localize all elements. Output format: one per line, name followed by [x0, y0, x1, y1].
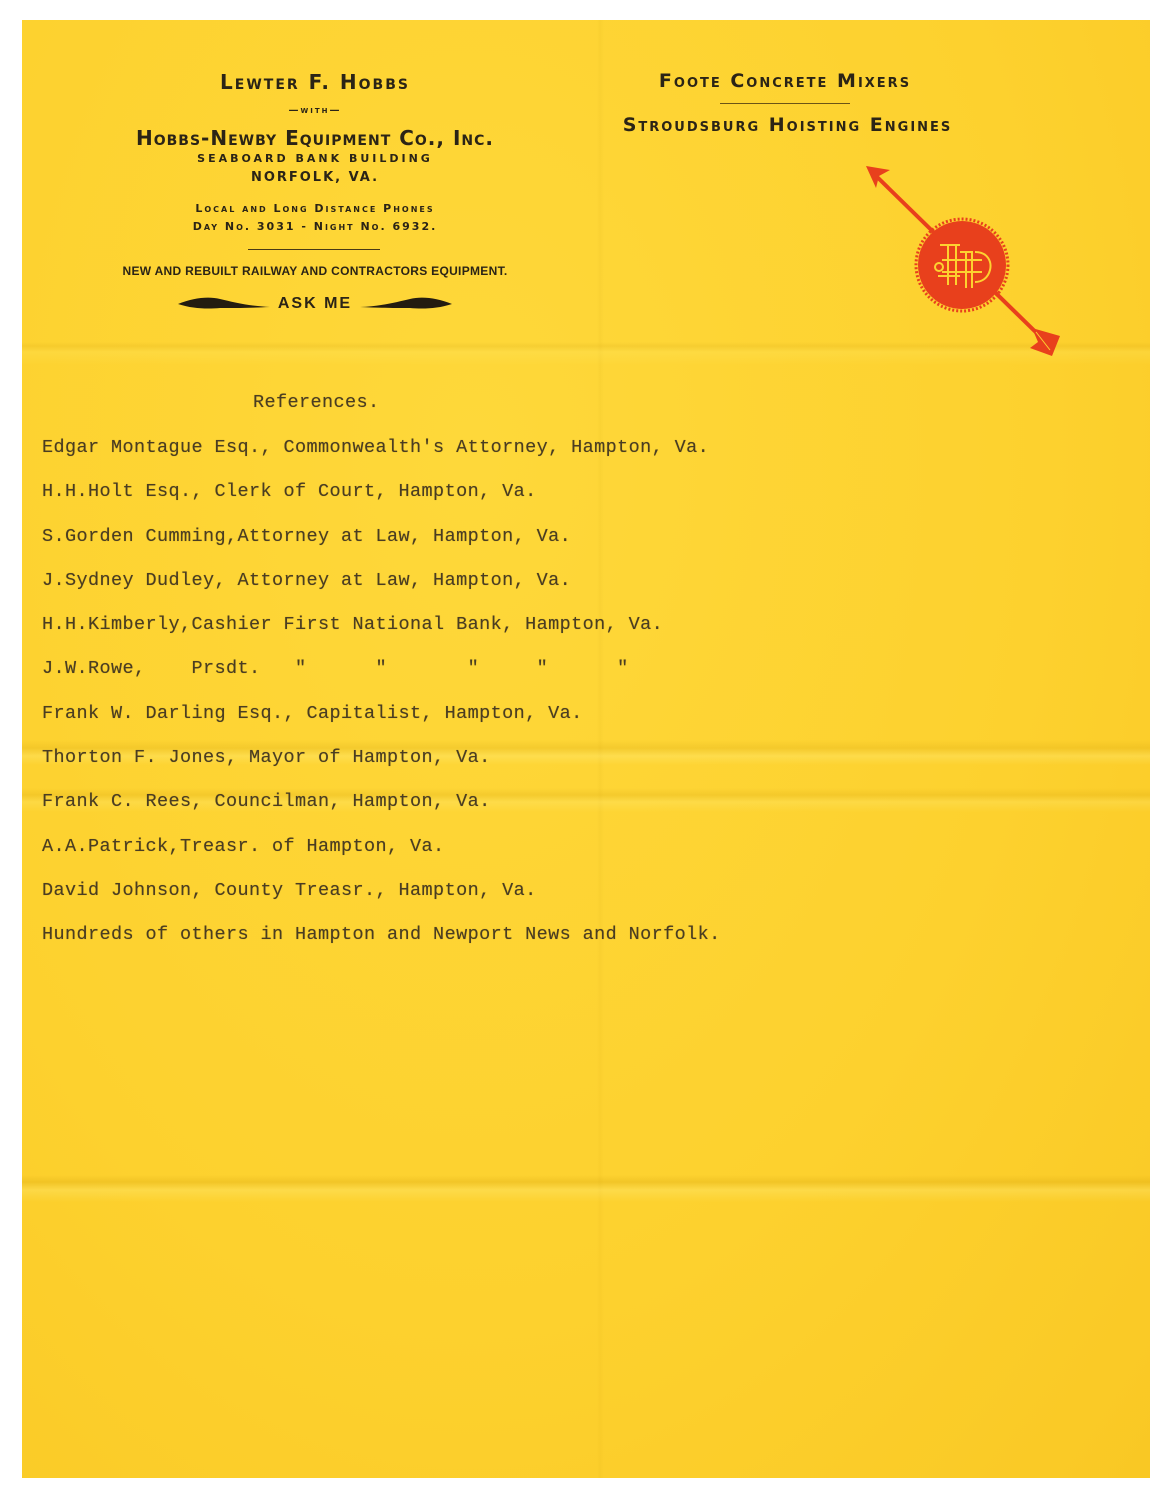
- letterhead-tagline: NEW AND REBUILT RAILWAY AND CONTRACTORS …: [70, 264, 560, 278]
- reference-item: J.Sydney Dudley, Attorney at Law, Hampto…: [42, 569, 721, 613]
- reference-item: H.H.Kimberly,Cashier First National Bank…: [42, 613, 721, 657]
- flourish-right-icon: [360, 295, 452, 313]
- references-list: Edgar Montague Esq., Commonwealth's Atto…: [42, 436, 721, 968]
- reference-item: Edgar Montague Esq., Commonwealth's Atto…: [42, 436, 721, 480]
- letterhead-product-divider: [720, 103, 850, 104]
- reference-item: David Johnson, County Treasr., Hampton, …: [42, 879, 721, 923]
- letterhead-ask-me: ASK ME: [90, 295, 540, 313]
- letterhead-phones: Local and Long Distance Phones: [90, 202, 540, 215]
- letterhead-with: —with—: [90, 105, 540, 116]
- reference-item: S.Gorden Cumming,Attorney at Law, Hampto…: [42, 525, 721, 569]
- reference-item: Thorton F. Jones, Mayor of Hampton, Va.: [42, 746, 721, 790]
- references-title: References.: [253, 392, 380, 413]
- reference-item: Hundreds of others in Hampton and Newpor…: [42, 923, 721, 967]
- letterhead-product-2: Stroudsburg Hoisting Engines: [560, 114, 1015, 136]
- letterhead-building: SEABOARD BANK BUILDING: [90, 152, 540, 165]
- letterhead-divider: [248, 249, 380, 250]
- letterhead-phone-numbers: Day No. 3031 - Night No. 6932.: [90, 220, 540, 233]
- reference-item: J.W.Rowe, Prsdt. " " " " ": [42, 657, 721, 701]
- letterhead-product-1: Foote Concrete Mixers: [575, 70, 995, 92]
- reference-item: A.A.Patrick,Treasr. of Hampton, Va.: [42, 835, 721, 879]
- letterhead-company: Hobbs-Newby Equipment Co., Inc.: [70, 126, 560, 150]
- reference-item: H.H.Holt Esq., Clerk of Court, Hampton, …: [42, 480, 721, 524]
- monogram-seal-with-arrow-icon: [860, 160, 1070, 370]
- letterhead-name: Lewter F. Hobbs: [90, 70, 540, 94]
- reference-item: Frank C. Rees, Councilman, Hampton, Va.: [42, 790, 721, 834]
- reference-item: Frank W. Darling Esq., Capitalist, Hampt…: [42, 702, 721, 746]
- letterhead-city: NORFOLK, VA.: [90, 170, 540, 185]
